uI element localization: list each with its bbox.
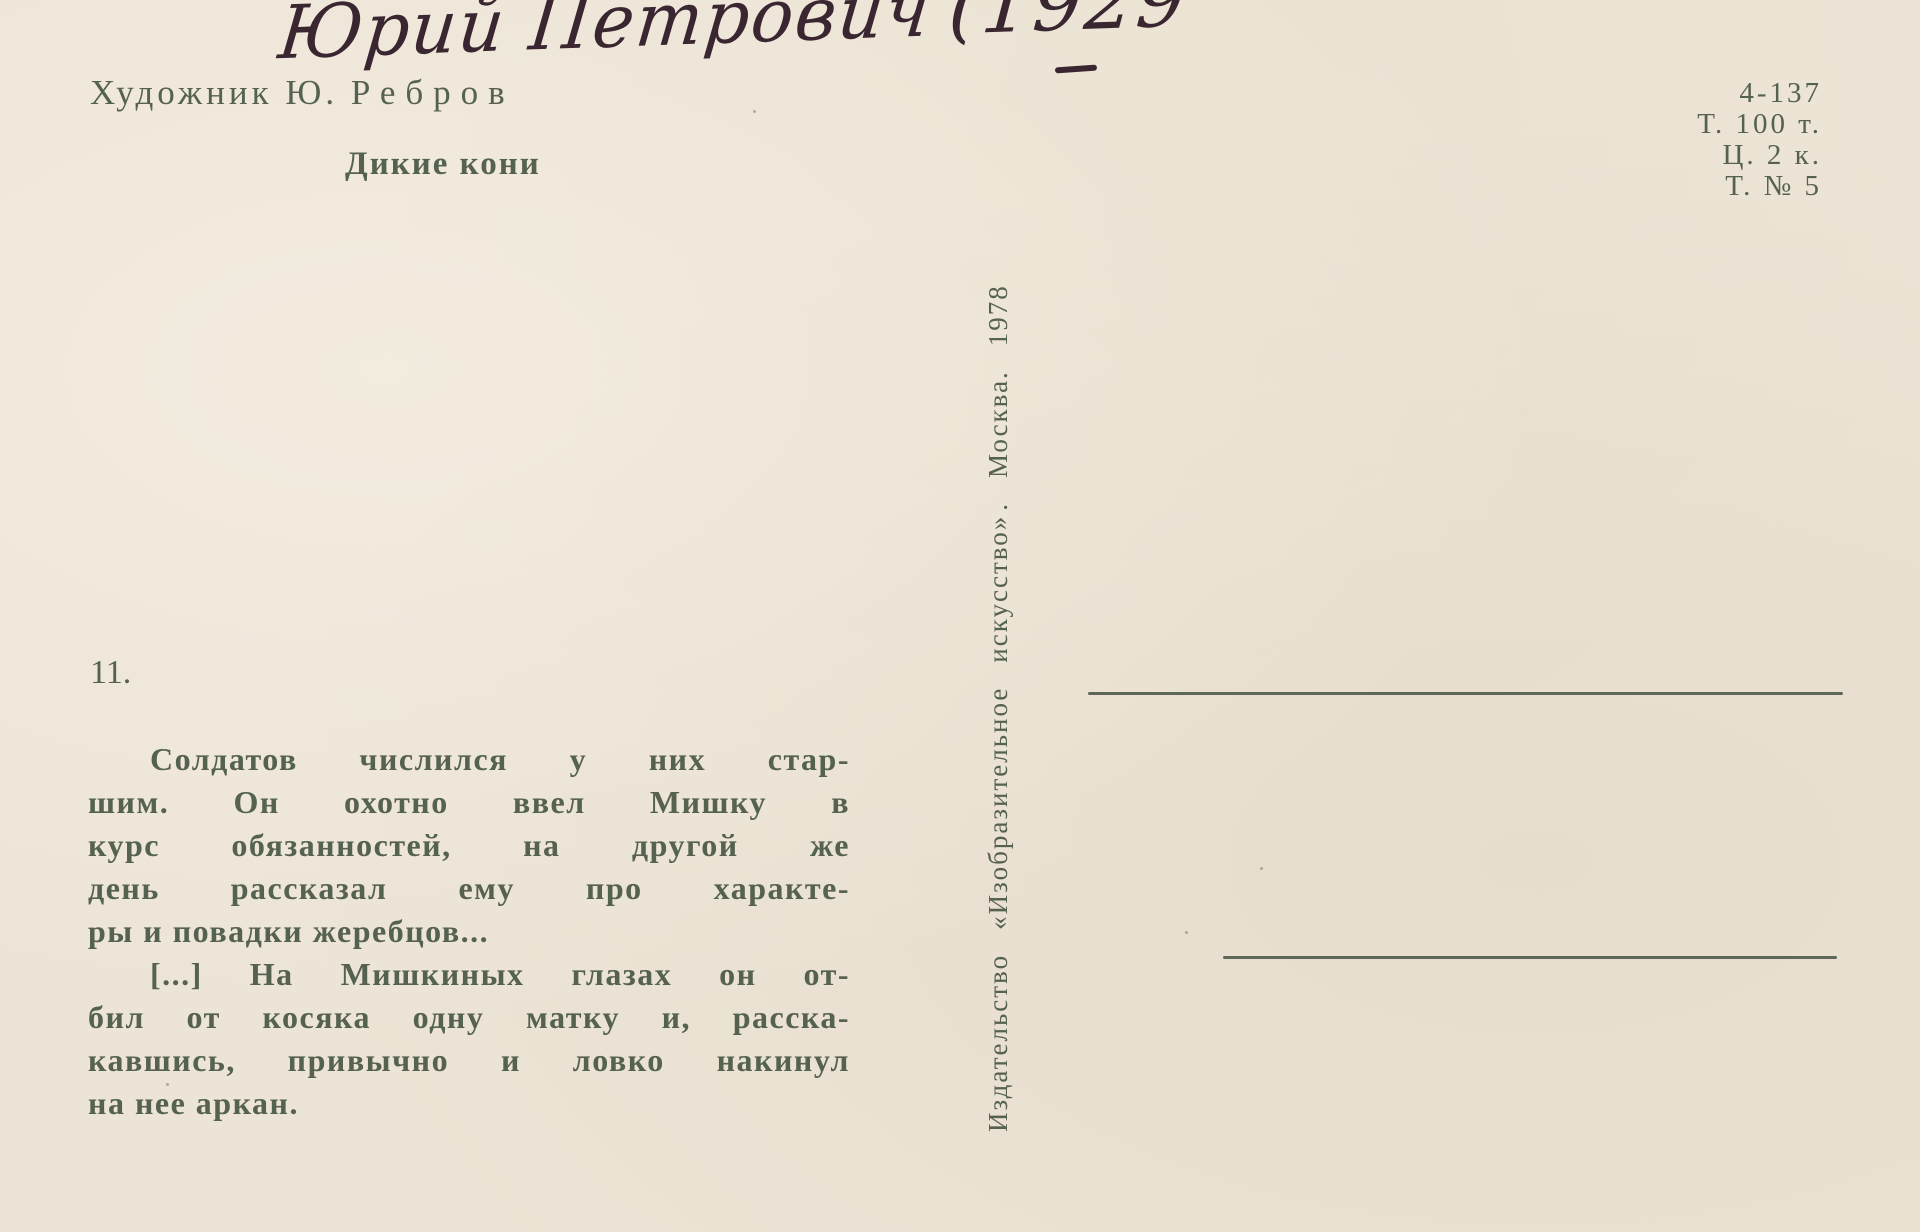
artist-surname: Ребров [351,73,515,112]
artwork-title: Дикие кони [345,146,541,183]
handwritten-annotation: Юрий Петрович(1929 [278,0,1189,70]
text-line: бил от косяка одну матку и, расска- [88,996,850,1039]
imprint-city: Москва. [983,370,1013,478]
text-line: Солдатов числился у них стар- [88,738,850,781]
handwritten-dash [1055,65,1097,74]
artist-credit: Художник Ю. Ребров [90,73,515,113]
paper-speck [166,1083,169,1086]
artist-label: Художник [90,73,273,112]
paper-speck [1260,867,1263,870]
artist-initial: Ю. [285,73,338,112]
catalog-number: 4-137 [1697,78,1822,109]
imprint-publisher-label: Издательство [983,954,1013,1132]
handwritten-name: Юрий Петрович [276,0,935,70]
catalog-info: 4-137 Т. 100 т. Ц. 2 к. Т. № 5 [1697,78,1822,202]
address-line-2 [1223,956,1837,959]
imprint-publisher-name-2: искусство» [983,515,1013,663]
imprint-year: 1978 [983,284,1013,346]
handwritten-year: (1929 [946,0,1190,47]
price: Ц. 2 к. [1697,140,1822,171]
publisher-imprint: Издательство«Изобразительноеискусство».М… [985,260,1012,1132]
text-line: шим. Он охотно ввел Мишку в [88,781,850,824]
print-order: Т. № 5 [1697,171,1822,202]
imprint-period: . [983,502,1013,511]
address-line-1 [1088,692,1843,695]
text-line: день рассказал ему про характе- [88,867,850,910]
imprint-publisher-name-1: «Изобразительное [983,687,1013,930]
card-number: 11. [90,654,131,692]
text-line: курс обязанностей, на другой же [88,824,850,867]
text-line: кавшись, привычно и ловко накинул [88,1039,850,1082]
paper-speck [753,110,756,113]
paper-speck [1185,931,1188,934]
quote-text: Солдатов числился у них стар- шим. Он ох… [88,738,850,1125]
text-line: [...] На Мишкиных глазах он от- [88,953,850,996]
print-run: Т. 100 т. [1697,109,1822,140]
text-line: на нее аркан. [88,1082,850,1125]
text-line: ры и повадки жеребцов... [88,910,850,953]
